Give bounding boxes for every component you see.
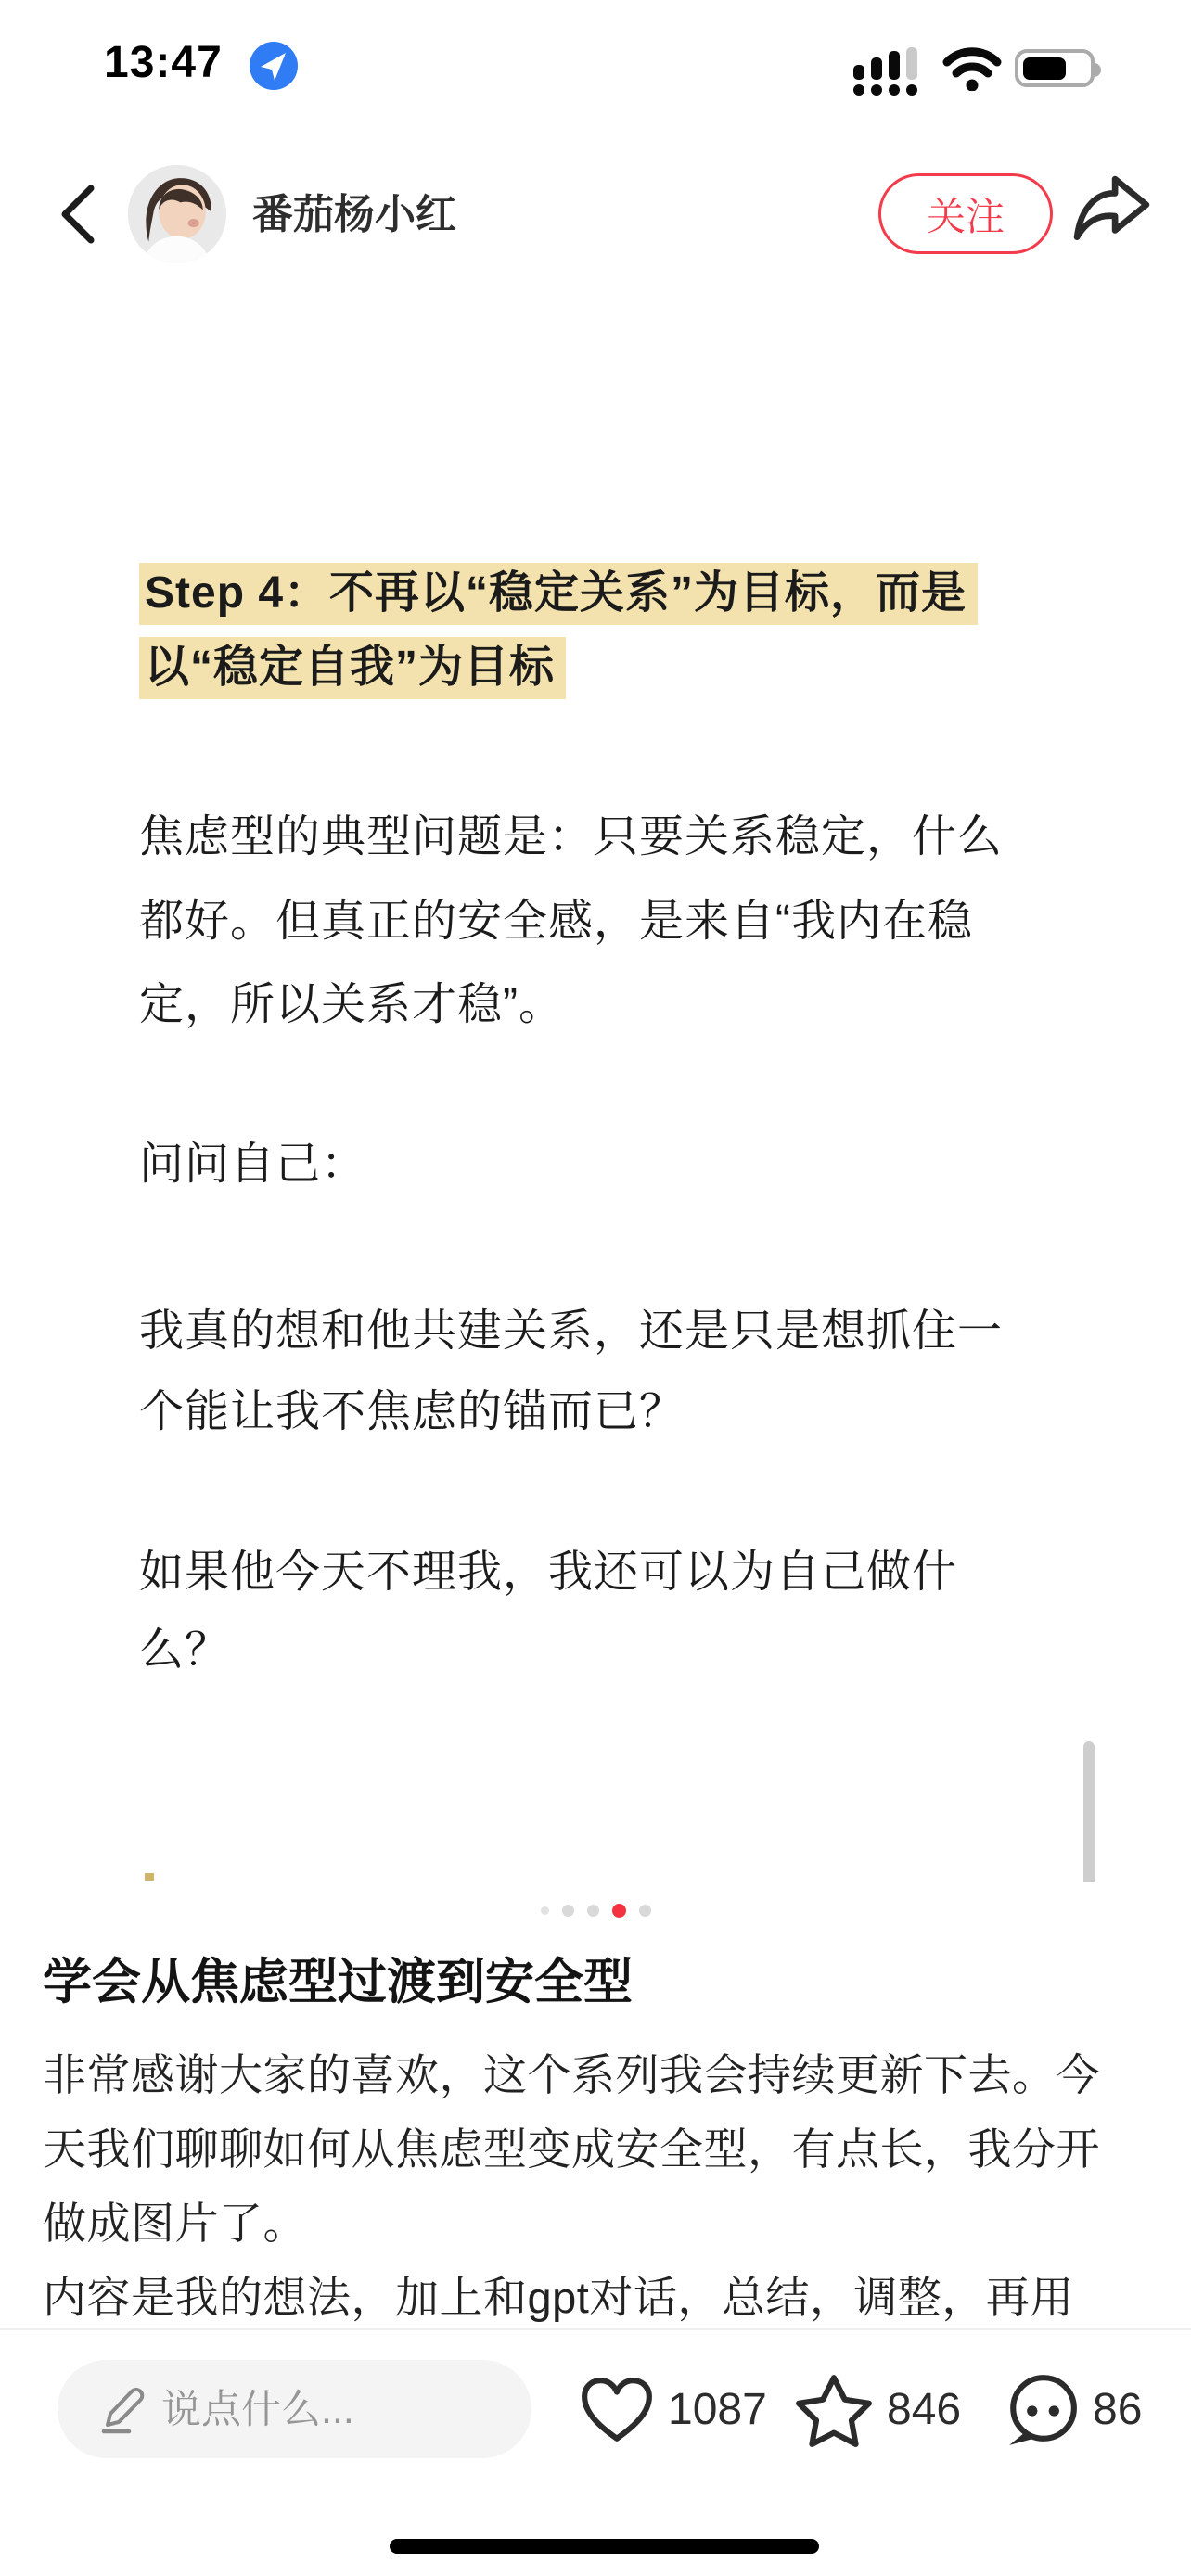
pager-dot bbox=[562, 1905, 574, 1917]
pager-dot-active bbox=[612, 1904, 626, 1918]
image-text-line: 个能让我不焦虑的锚而已？ bbox=[139, 1382, 685, 1443]
image-text-line: 定，所以关系才稳”。 bbox=[139, 975, 564, 1036]
image-title-line: 以“稳定自我”为目标 bbox=[139, 637, 566, 698]
pager-dot bbox=[541, 1906, 549, 1915]
post-title: 学会从焦虑型过渡到安全型 bbox=[43, 1953, 633, 2012]
back-button[interactable] bbox=[58, 184, 98, 245]
collect-button[interactable]: 846 bbox=[794, 2370, 961, 2450]
location-services-icon bbox=[249, 41, 299, 91]
follow-button[interactable]: 关注 bbox=[878, 173, 1053, 254]
screen: 13:47 番茄杨小红 关注 bbox=[0, 0, 1191, 2576]
image-title-line: Step 4：不再以“稳定关系”为目标，而是 bbox=[139, 563, 978, 624]
image-text-line: 么？ bbox=[139, 1620, 230, 1681]
collect-count: 846 bbox=[887, 2370, 961, 2450]
heart-icon bbox=[579, 2374, 655, 2446]
wifi-icon bbox=[942, 46, 1002, 91]
pager-dot bbox=[587, 1905, 599, 1917]
avatar-photo bbox=[128, 165, 226, 263]
bottom-bar-divider bbox=[0, 2328, 1191, 2330]
post-image-carousel[interactable]: Step 4：不再以“稳定关系”为目标，而是 以“稳定自我”为目标 焦虑型的典型… bbox=[0, 306, 1191, 1882]
carousel-pager bbox=[0, 1899, 1191, 1921]
image-text-line: 焦虑型的典型问题是：只要关系稳定，什么 bbox=[139, 807, 1003, 868]
username[interactable]: 番茄杨小红 bbox=[252, 191, 456, 239]
status-time: 13:47 bbox=[104, 37, 223, 88]
comment-button[interactable]: 86 bbox=[1004, 2370, 1142, 2450]
scrollbar-thumb[interactable] bbox=[1083, 1741, 1095, 1882]
next-highlight-sliver bbox=[145, 1873, 154, 1881]
image-text-line: 我真的想和他共建关系，还是只是想抓住一 bbox=[139, 1301, 1003, 1362]
pager-dot bbox=[639, 1905, 651, 1917]
home-indicator[interactable] bbox=[390, 2539, 819, 2554]
image-text-line: 如果他今天不理我，我还可以为自己做什 bbox=[139, 1542, 957, 1603]
follow-button-label: 关注 bbox=[927, 186, 1005, 242]
pencil-icon bbox=[98, 2386, 147, 2434]
share-icon[interactable] bbox=[1069, 174, 1154, 250]
cellular-signal-icon bbox=[853, 43, 931, 96]
avatar[interactable] bbox=[128, 165, 226, 263]
comment-count: 86 bbox=[1093, 2370, 1142, 2450]
like-count: 1087 bbox=[668, 2370, 767, 2450]
image-text-line: 都好。但真正的安全感，是来自“我内在稳 bbox=[139, 891, 973, 952]
post-body-line: 做成图片了。 bbox=[43, 2194, 307, 2253]
comment-bubble-icon bbox=[1004, 2372, 1080, 2448]
post-body-line: 天我们聊聊如何从焦虑型变成安全型，有点长，我分开 bbox=[43, 2120, 1100, 2179]
post-body-line: 内容是我的想法，加上和gpt对话，总结，调整，再用 bbox=[43, 2268, 1074, 2327]
comment-placeholder: 说点什么... bbox=[161, 2387, 354, 2433]
post-body-line: 非常感谢大家的喜欢，这个系列我会持续更新下去。今 bbox=[43, 2046, 1100, 2105]
comment-input[interactable]: 说点什么... bbox=[58, 2360, 531, 2458]
image-text-line: 问问自己： bbox=[139, 1134, 366, 1195]
battery-icon bbox=[1015, 49, 1095, 87]
like-button[interactable]: 1087 bbox=[579, 2370, 767, 2450]
star-icon bbox=[794, 2372, 874, 2448]
